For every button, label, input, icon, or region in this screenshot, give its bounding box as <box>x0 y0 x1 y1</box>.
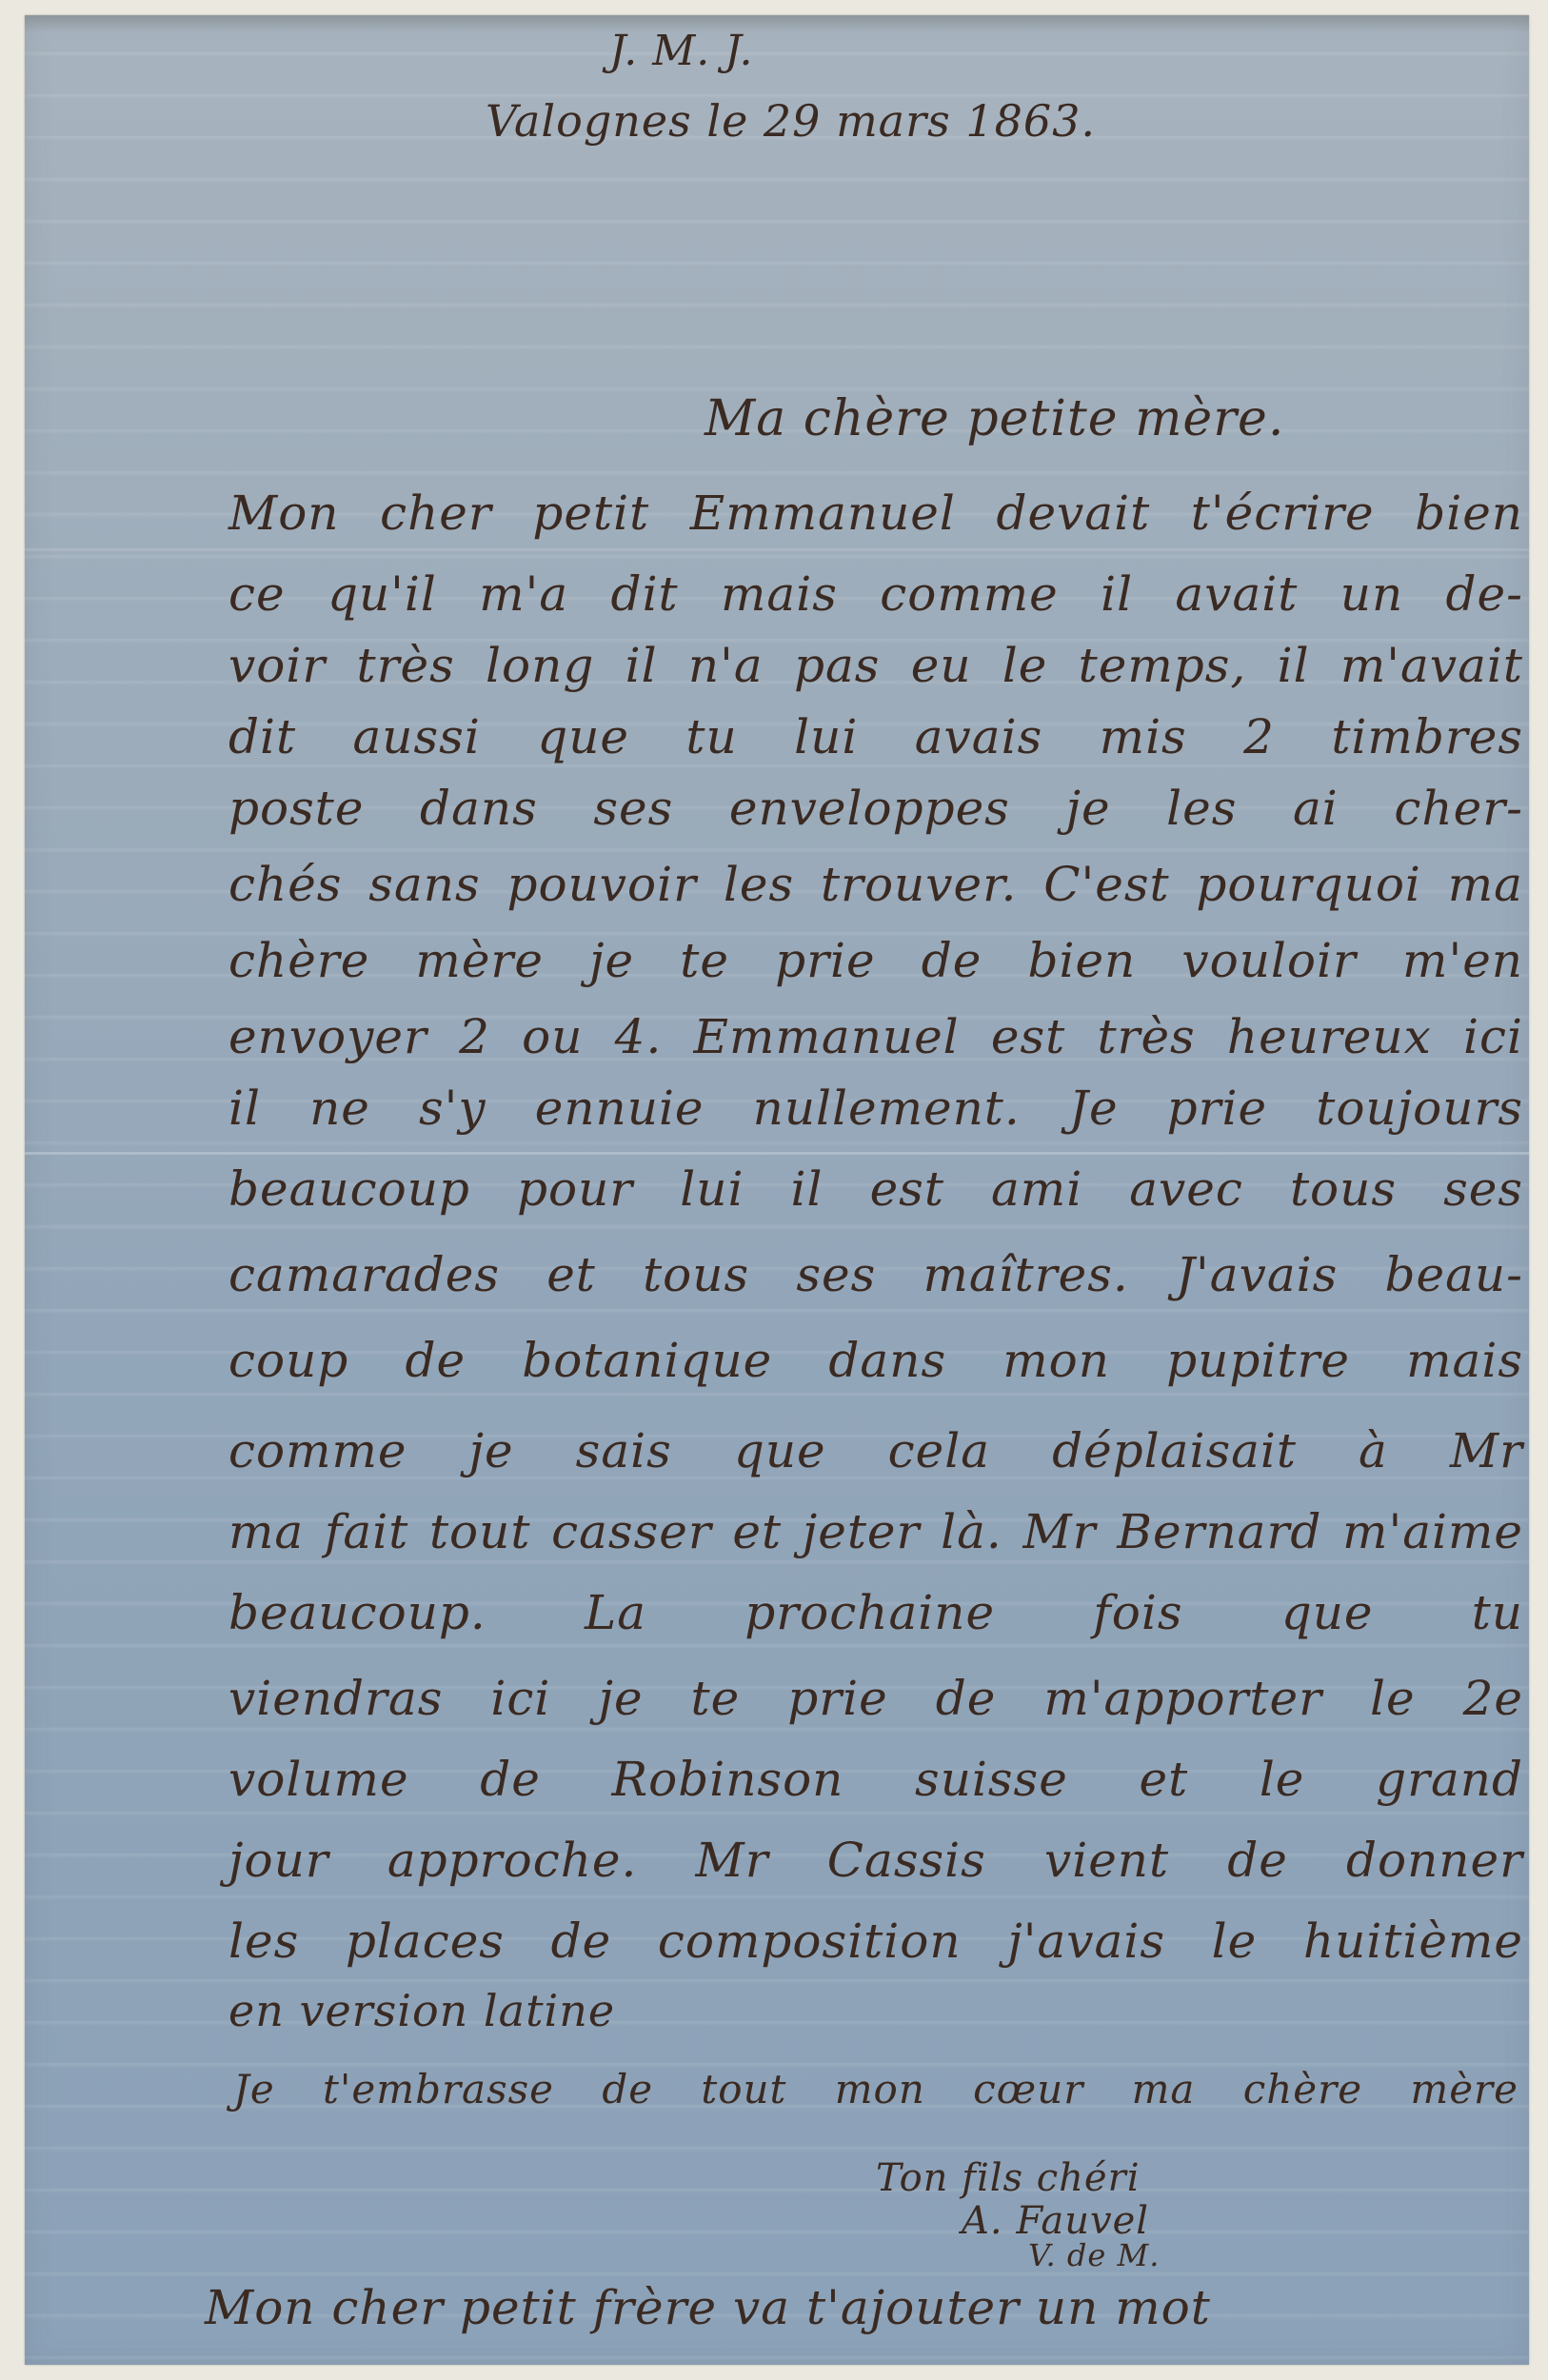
body-line-20: en version latine <box>228 1985 615 2036</box>
body-line-13: comme je sais que cela déplaisait à Mr <box>228 1423 1523 1478</box>
signature-suffix: V. de M. <box>1028 2237 1160 2273</box>
body-line-18: jour approche. Mr Cassis vient de donner <box>228 1833 1523 1888</box>
body-line-19: les places de composition j'avais le hui… <box>228 1914 1523 1969</box>
closing-line: Je t'embrasse de tout mon cœur ma chère … <box>233 2066 1518 2112</box>
salutation: Ma chère petite mère. <box>705 390 1284 447</box>
paper-crease <box>25 548 1529 551</box>
paper-fold-line <box>25 1152 1529 1155</box>
dateline: Valognes le 29 mars 1863. <box>486 95 1096 147</box>
body-line-16: viendras ici je te prie de m'apporter le… <box>228 1671 1523 1726</box>
body-line-6: chés sans pouvoir les trouver. C'est pou… <box>228 857 1523 912</box>
body-line-11: camarades et tous ses maîtres. J'avais b… <box>228 1247 1523 1302</box>
body-line-14: ma fait tout casser et jeter là. Mr Bern… <box>228 1504 1523 1559</box>
postscript-line: Mon cher petit frère va t'ajouter un mot <box>205 2280 1211 2335</box>
body-line-12: coup de botanique dans mon pupitre mais <box>228 1333 1523 1388</box>
body-line-10: beaucoup pour lui il est ami avec tous s… <box>228 1161 1523 1217</box>
body-line-3: voir très long il n'a pas eu le temps, i… <box>228 638 1523 693</box>
body-line-2: ce qu'il m'a dit mais comme il avait un … <box>228 566 1523 622</box>
signoff-line-1: Ton fils chéri <box>876 2156 1141 2200</box>
body-line-17: volume de Robinson suisse et le grand <box>228 1752 1523 1807</box>
body-line-9: il ne s'y ennuie nullement. Je prie touj… <box>228 1081 1523 1136</box>
body-line-5: poste dans ses enveloppes je les ai cher… <box>228 781 1523 836</box>
religious-header-mark: J. M. J. <box>609 27 753 75</box>
body-line-1: Mon cher petit Emmanuel devait t'écrire … <box>228 486 1523 541</box>
body-line-4: dit aussi que tu lui avais mis 2 timbres <box>228 709 1523 764</box>
body-line-8: envoyer 2 ou 4. Emmanuel est très heureu… <box>228 1009 1523 1064</box>
body-line-7: chère mère je te prie de bien vouloir m'… <box>228 933 1523 988</box>
body-line-15: beaucoup. La prochaine fois que tu <box>228 1585 1523 1640</box>
